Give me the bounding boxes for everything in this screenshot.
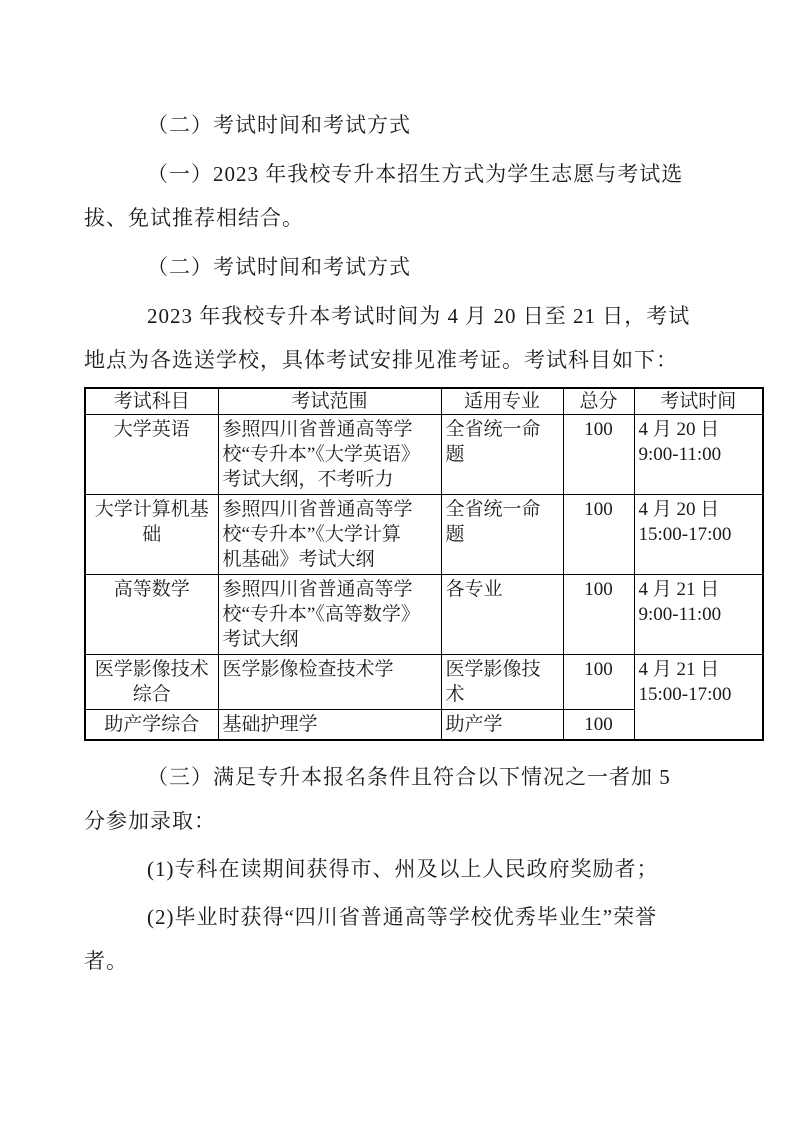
cell-score: 100 — [563, 655, 634, 710]
cell-subject: 助产学综合 — [85, 710, 218, 741]
cell-majors: 助产学 — [441, 710, 563, 741]
paragraph-section-heading-2: （二）考试时间和考试方式 — [84, 245, 762, 289]
cell-scope: 基础护理学 — [218, 710, 441, 741]
paragraph-bonus-item-1: (1)专科在读期间获得市、州及以上人民政府奖励者； — [84, 847, 762, 891]
col-header-exam-time: 考试时间 — [634, 388, 763, 415]
cell-score: 100 — [563, 415, 634, 495]
document-page: （二）考试时间和考试方式 （一）2023 年我校专升本招生方式为学生志愿与考试选… — [0, 0, 793, 1122]
table-row-advanced-math: 高等数学 参照四川省普通高等学 校“专升本”《高等数学》 考试大纲 各专业 10… — [85, 575, 763, 655]
col-header-applicable-majors: 适用专业 — [441, 388, 563, 415]
cell-score: 100 — [563, 575, 634, 655]
table-row-computer-basics: 大学计算机基础 参照四川省普通高等学 校“专升本”《大学计算 机基础》考试大纲 … — [85, 495, 763, 575]
paragraph-exam-time-intro: 2023 年我校专升本考试时间为 4 月 20 日至 21 日，考试 地点为各选… — [84, 294, 762, 382]
paragraph-bonus-policy: （三）满足专升本报名条件且符合以下情况之一者加 5 分参加录取： — [84, 755, 762, 843]
cell-majors: 全省统一命题 — [441, 495, 563, 575]
cell-subject: 大学英语 — [85, 415, 218, 495]
cell-subject: 医学影像技术综合 — [85, 655, 218, 710]
cell-scope: 参照四川省普通高等学 校“专升本”《大学计算 机基础》考试大纲 — [218, 495, 441, 575]
cell-time: 4 月 20 日 9:00-11:00 — [634, 415, 763, 495]
col-header-exam-subject: 考试科目 — [85, 388, 218, 415]
table-row-college-english: 大学英语 参照四川省普通高等学 校“专升本”《大学英语》 考试大纲，不考听力 全… — [85, 415, 763, 495]
paragraph-section-heading-1: （二）考试时间和考试方式 — [84, 103, 762, 147]
cell-time: 4 月 21 日 9:00-11:00 — [634, 575, 763, 655]
closing-section: （三）满足专升本报名条件且符合以下情况之一者加 5 分参加录取： (1)专科在读… — [84, 755, 762, 983]
paragraph-bonus-item-2: (2)毕业时获得“四川省普通高等学校优秀毕业生”荣誉 者。 — [84, 895, 762, 983]
cell-scope: 医学影像检查技术学 — [218, 655, 441, 710]
cell-score: 100 — [563, 710, 634, 741]
cell-majors: 全省统一命题 — [441, 415, 563, 495]
cell-scope: 参照四川省普通高等学 校“专升本”《高等数学》 考试大纲 — [218, 575, 441, 655]
cell-scope: 参照四川省普通高等学 校“专升本”《大学英语》 考试大纲，不考听力 — [218, 415, 441, 495]
cell-majors: 各专业 — [441, 575, 563, 655]
cell-time-merged: 4 月 21 日 15:00-17:00 — [634, 655, 763, 741]
table-header-row: 考试科目 考试范围 适用专业 总分 考试时间 — [85, 388, 763, 415]
cell-subject: 大学计算机基础 — [85, 495, 218, 575]
cell-time: 4 月 20 日 15:00-17:00 — [634, 495, 763, 575]
col-header-exam-scope: 考试范围 — [218, 388, 441, 415]
col-header-total-score: 总分 — [563, 388, 634, 415]
cell-majors: 医学影像技术 — [441, 655, 563, 710]
cell-subject: 高等数学 — [85, 575, 218, 655]
exam-schedule-table: 考试科目 考试范围 适用专业 总分 考试时间 大学英语 参照四川省普通高等学 校… — [84, 387, 764, 741]
paragraph-admission-method: （一）2023 年我校专升本招生方式为学生志愿与考试选 拔、免试推荐相结合。 — [84, 152, 762, 240]
table-row-medical-imaging: 医学影像技术综合 医学影像检查技术学 医学影像技术 100 4 月 21 日 1… — [85, 655, 763, 710]
cell-score: 100 — [563, 495, 634, 575]
